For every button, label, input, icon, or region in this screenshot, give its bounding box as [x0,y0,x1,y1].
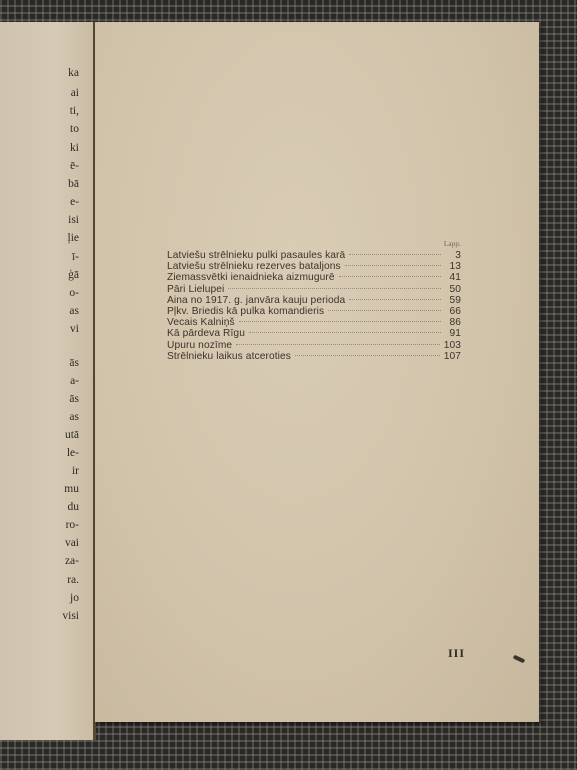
leader-dots [228,288,441,289]
text-fragment: vai [65,538,79,550]
text-fragment: ro- [66,520,79,532]
text-fragment: e- [70,197,79,209]
text-fragment: ki [70,143,79,155]
text-fragment: mu [64,484,79,496]
toc-entry: Pāri Lielupei50 [167,284,461,295]
toc-entry: Kā pārdeva Rīgu91 [167,328,461,339]
toc-entry-page: 103 [444,340,461,351]
leader-dots [295,355,440,356]
ink-smudge [513,655,526,664]
toc-entry-page: 50 [445,284,461,295]
toc-entry-page: 66 [445,306,461,317]
leader-dots [349,254,441,255]
text-fragment: le- [67,448,79,460]
text-fragment: to [70,124,79,136]
text-fragment: jo [70,593,79,605]
text-fragment: isi [68,215,79,227]
toc-entry-title: Latviešu strēlnieku pulki pasaules karā [167,250,345,261]
toc-entry-title: Kā pārdeva Rīgu [167,328,245,339]
text-fragment: as [69,306,79,318]
toc-entry-page: 13 [445,261,461,272]
toc-entry: Upuru nozīme103 [167,340,461,351]
toc-header: Lapp. [167,240,461,248]
page-number: III [448,646,465,661]
toc-entry-title: Strēlnieku laikus atceroties [167,351,291,362]
toc-entry: Pļkv. Briedis kā pulka komandieris66 [167,306,461,317]
leader-dots [239,321,441,322]
text-fragment: ra. [67,575,79,587]
text-fragment: as [69,412,79,424]
toc-entry-page: 91 [445,328,461,339]
text-fragment: ir [72,466,79,478]
text-fragment: ī- [72,252,79,264]
text-fragment: visi [62,611,79,623]
toc-entry-title: Vecais Kalniņš [167,317,235,328]
text-fragment: bā [68,179,79,191]
toc-entry: Aina no 1917. g. janvāra kauju perioda59 [167,295,461,306]
toc-entry-page: 86 [445,317,461,328]
text-fragment: ka [68,68,79,80]
text-fragment: du [68,502,80,514]
leader-dots [249,332,441,333]
text-fragment: ti, [70,106,79,118]
toc-entry-title: Latviešu strēlnieku rezerves bataljons [167,261,341,272]
left-page: kaaiti,tokiē-bāe-isiļieī-ģāo-asviāsa-āsa… [0,22,95,740]
right-page: Lapp. Latviešu strēlnieku pulki pasaules… [95,22,539,722]
toc-entry-title: Upuru nozīme [167,340,232,351]
leader-dots [328,310,441,311]
toc-entry-title: Ziemassvētki ienaidnieka aizmugurē [167,272,335,283]
toc-entry: Strēlnieku laikus atceroties107 [167,351,461,362]
text-fragment: o- [69,288,79,300]
text-fragment: ās [69,394,79,406]
toc-entry-page: 3 [445,250,461,261]
toc-entry: Latviešu strēlnieku rezerves bataljons13 [167,261,461,272]
toc-entry-title: Pāri Lielupei [167,284,224,295]
leader-dots [339,276,441,277]
leader-dots [349,299,441,300]
toc-entry: Vecais Kalniņš86 [167,317,461,328]
toc-entry: Ziemassvētki ienaidnieka aizmugurē41 [167,272,461,283]
text-fragment: ļie [68,233,80,245]
toc-entry-page: 59 [445,295,461,306]
toc-entry-title: Aina no 1917. g. janvāra kauju perioda [167,295,345,306]
toc-entry-title: Pļkv. Briedis kā pulka komandieris [167,306,324,317]
leader-dots [345,265,441,266]
leader-dots [236,344,440,345]
text-fragment: za- [65,556,79,568]
table-of-contents: Lapp. Latviešu strēlnieku pulki pasaules… [167,240,461,362]
toc-entry: Latviešu strēlnieku pulki pasaules karā3 [167,250,461,261]
text-fragment: ē- [70,161,79,173]
toc-list: Latviešu strēlnieku pulki pasaules karā3… [167,250,461,362]
text-fragment: ģā [68,270,79,282]
toc-entry-page: 107 [444,351,461,362]
toc-entry-page: 41 [445,272,461,283]
text-fragment: utā [65,430,79,442]
text-fragment: ai [71,88,79,100]
text-fragment: ās [69,358,79,370]
text-fragment: a- [70,376,79,388]
text-fragment: vi [70,324,79,336]
